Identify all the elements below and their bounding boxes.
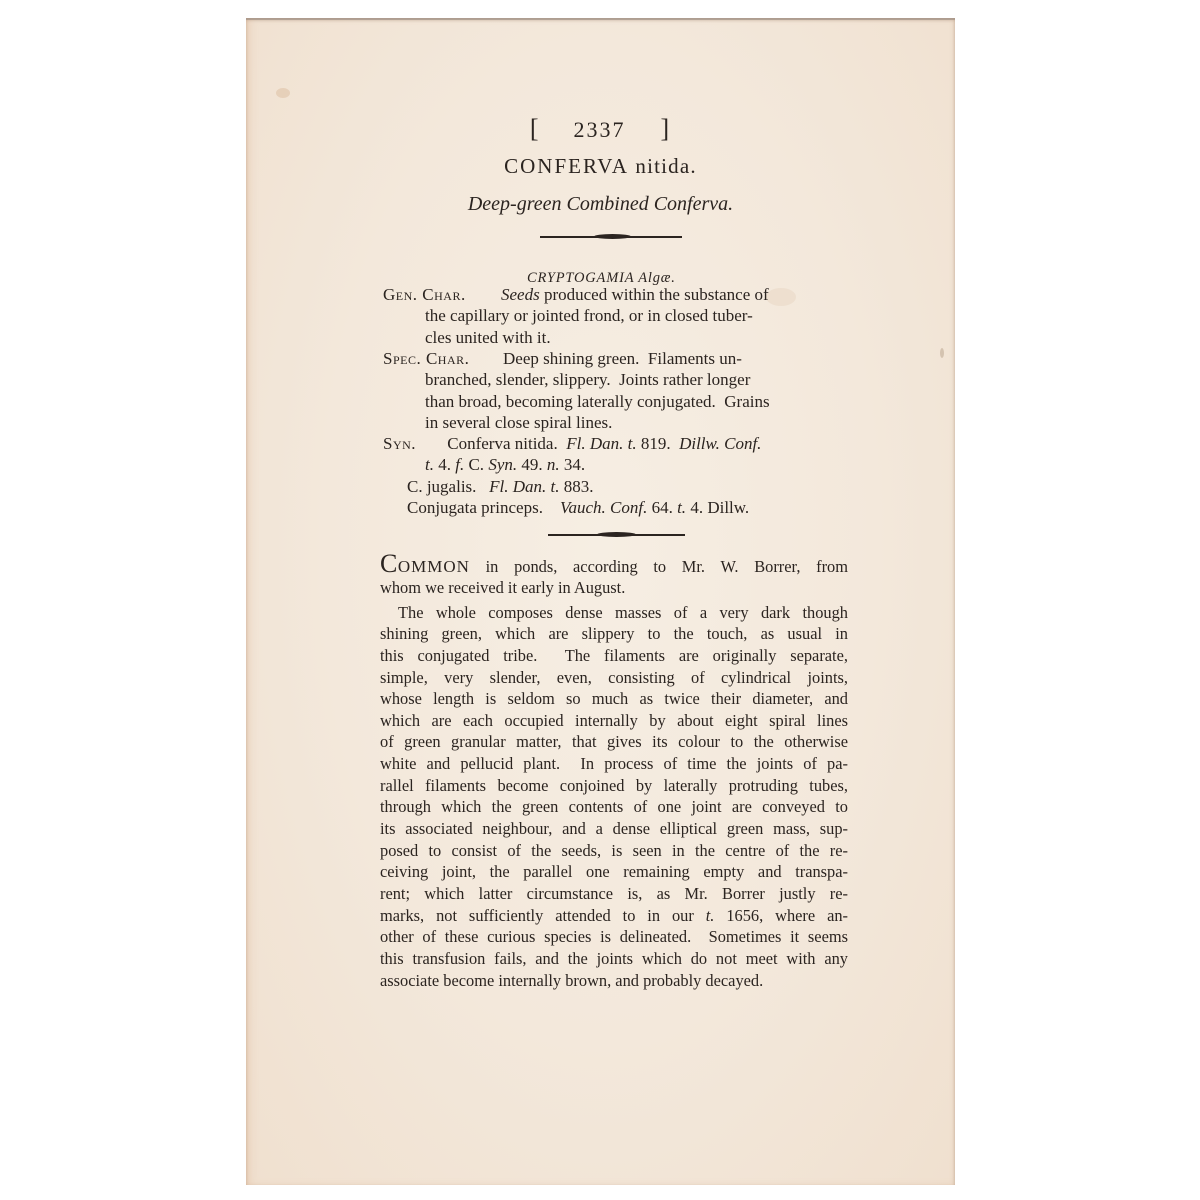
body-line: rent; which latter circumstance is, as M… <box>380 883 848 905</box>
plate-number-value: 2337 <box>574 117 626 142</box>
syn-ref-italic: t. <box>673 498 686 517</box>
body-line: which are each occupied internally by ab… <box>380 710 848 732</box>
syn-ref-number: 883. <box>560 477 594 496</box>
description-body: COMMON in ponds, according to Mr. W. Bor… <box>380 553 848 991</box>
ornamental-divider <box>540 236 682 238</box>
syn-name: Conjugata princeps. <box>407 498 543 517</box>
syn-name: Conferva nitida. <box>447 434 557 453</box>
drop-cap: C <box>380 549 398 578</box>
bracket-open: [ <box>530 114 541 143</box>
syn-ref-number: 4. <box>434 455 451 474</box>
specific-character: Spec. Char.Deep shining green. Filaments… <box>383 348 849 433</box>
syn-ref-number: 4. Dillw. <box>686 498 749 517</box>
body-line: this transfusion fails, and the joints w… <box>380 948 848 970</box>
gen-char-italic: Seeds <box>501 285 540 304</box>
body-text: in ponds, according to Mr. W. Borrer, fr… <box>470 557 848 576</box>
syn-line: Syn. Conferva nitida. Fl. Dan. t. 819. D… <box>383 433 849 454</box>
body-line: rallel filaments become conjoined by lat… <box>380 775 848 797</box>
spec-char-line: in several close spiral lines. <box>383 412 849 433</box>
synonymy: Syn. Conferva nitida. Fl. Dan. t. 819. D… <box>383 433 849 518</box>
syn-line: t. 4. f. C. Syn. 49. n. 34. <box>383 454 849 475</box>
body-line: its associated neighbour, and a dense el… <box>380 818 848 840</box>
syn-ref-italic: Vauch. Conf. <box>560 498 647 517</box>
body-line: this conjugated tribe. The filaments are… <box>380 645 848 667</box>
body-line: whom we received it early in August. <box>380 577 848 599</box>
syn-name: C. jugalis. <box>407 477 476 496</box>
body-line: other of these curious species is deline… <box>380 926 848 948</box>
body-line: The whole composes dense masses of a ver… <box>380 602 848 624</box>
common-name: Deep-green Combined Conferva. <box>246 193 955 216</box>
body-line: whose length is seldom so much as twice … <box>380 688 848 710</box>
bracket-close: ] <box>661 114 672 143</box>
generic-character: Gen. Char. Seeds produced within the sub… <box>383 284 849 348</box>
syn-ref-text: C. <box>464 455 484 474</box>
genus-name: CONFERVA <box>504 154 629 178</box>
syn-ref-italic: Fl. Dan. t. <box>489 477 559 496</box>
body-line: associate become internally brown, and p… <box>380 970 848 992</box>
body-line: shining green, which are slippery to the… <box>380 623 848 645</box>
paper-foxing-spot <box>940 348 944 358</box>
gen-char-label: Gen. Char. <box>383 284 501 305</box>
syn-ref-italic: Fl. Dan. t. <box>566 434 636 453</box>
spec-char-line: branched, slender, slippery. Joints rath… <box>383 369 849 390</box>
spec-char-label: Spec. Char. <box>383 348 503 369</box>
spec-char-line: Spec. Char.Deep shining green. Filaments… <box>383 348 849 369</box>
syn-line: C. jugalis. Fl. Dan. t. 883. <box>383 476 849 497</box>
body-line: through which the green contents of one … <box>380 796 848 818</box>
divider-swell <box>597 532 635 537</box>
species-title: CONFERVA nitida. <box>246 154 955 179</box>
syn-line: Conjugata princeps. Vauch. Conf. 64. t. … <box>383 497 849 518</box>
syn-ref-italic: Syn. <box>484 455 517 474</box>
syn-ref-italic: n. <box>543 455 560 474</box>
body-line: posed to consist of the seeds, is seen i… <box>380 840 848 862</box>
syn-ref-number: 819. <box>637 434 671 453</box>
body-line: white and pellucid plant. In process of … <box>380 753 848 775</box>
gen-char-text: produced within the substance of <box>540 285 769 304</box>
plate-number: [ 2337 ] <box>246 114 955 144</box>
body-line: of green granular matter, that gives its… <box>380 731 848 753</box>
gen-char-line: the capillary or jointed frond, or in cl… <box>383 305 849 326</box>
syn-ref-italic: Dillw. Conf. <box>679 434 761 453</box>
ornamental-divider <box>548 534 685 536</box>
species-epithet: nitida. <box>635 154 696 178</box>
syn-label: Syn. <box>383 433 443 454</box>
document-page: [ 2337 ] CONFERVA nitida. Deep-green Com… <box>246 18 955 1185</box>
gen-char-line: Gen. Char. Seeds produced within the sub… <box>383 284 849 305</box>
body-line: COMMON in ponds, according to Mr. W. Bor… <box>380 553 848 577</box>
body-text: 1656, where an- <box>714 906 848 925</box>
body-line: simple, very slender, even, consisting o… <box>380 667 848 689</box>
body-line: marks, not sufficiently attended to in o… <box>380 905 848 927</box>
syn-ref-number: 34. <box>560 455 586 474</box>
gen-char-line: cles united with it. <box>383 327 849 348</box>
spec-char-line: than broad, becoming laterally conjugate… <box>383 391 849 412</box>
syn-ref-italic: t. <box>425 455 434 474</box>
syn-ref-italic: f. <box>451 455 464 474</box>
small-caps-word: OMMON <box>398 557 470 576</box>
body-text: marks, not sufficiently attended to in o… <box>380 906 706 925</box>
paper-foxing-spot <box>276 88 290 98</box>
syn-ref-number: 64. <box>647 498 673 517</box>
syn-ref-number: 49. <box>517 455 543 474</box>
divider-swell <box>594 234 631 239</box>
body-line: ceiving joint, the parallel one remainin… <box>380 861 848 883</box>
spec-char-text: Deep shining green. Filaments un- <box>503 349 742 368</box>
